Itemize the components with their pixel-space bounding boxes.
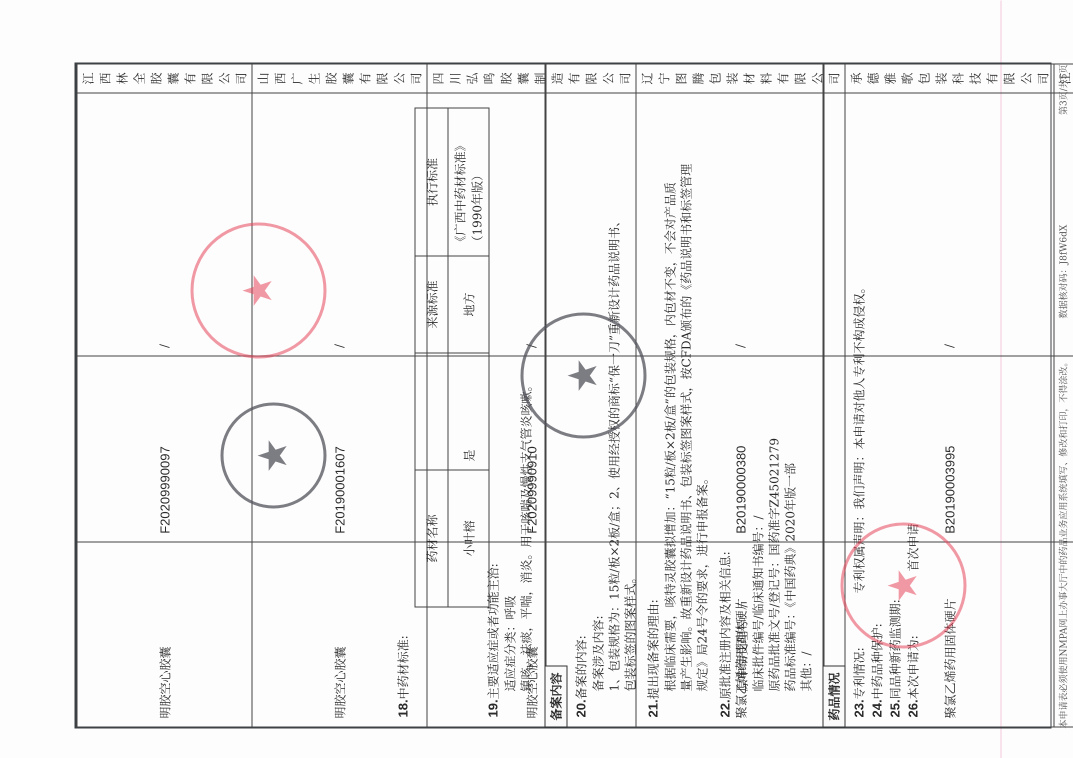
reason-line: 根据临床需要，咳特灵胶囊拟增加：“15粒/板×2板/盒”的包装规格，内包材不变，… xyxy=(662,182,678,691)
herb-cell: 是 xyxy=(448,353,489,470)
herb-standard-table: 药材名称 来源标准 执行标准 小叶榕 是 地方 《广西中药材标准》（1990年版… xyxy=(414,107,489,607)
pkg-extra: / xyxy=(845,93,1054,356)
herb-header-exec: 执行标准 xyxy=(415,108,448,256)
company-seal-red: ★ xyxy=(190,222,326,358)
orig-accept-no: 原申请受理号：/ xyxy=(734,603,750,691)
filing-item-1: 1、包装规格为：15粒/板×2板/盒；2、使用经授权的商标“保一刀”重新设计药品… xyxy=(606,214,622,691)
star-icon: ★ xyxy=(250,437,296,473)
herb-cell: 《广西中药材标准》（1990年版） xyxy=(448,108,489,256)
table-row: 明胶空心胶囊F20190001607/山西广生胶囊有限公司 xyxy=(252,64,427,727)
company-seal-red-bottom: ★ xyxy=(840,522,966,648)
indication-text: 镇咳，祛痰，平喘，消炎。用于咳喘及慢性支气管炎咳嗽。 xyxy=(518,379,534,691)
company-seal-gray-top: ★ xyxy=(220,402,326,508)
herb-cell: 地方 xyxy=(448,256,489,353)
document-page: 明胶空心胶囊F20209990097/江西林全胶囊有限公司明胶空心胶囊F2019… xyxy=(0,0,1073,758)
herb-cell: 小叶榕 xyxy=(448,470,489,607)
section-20-label: 20.备案的内容: xyxy=(572,635,589,717)
pkg-material-name: 明胶空心胶囊 xyxy=(77,542,252,727)
pkg-company: 承德雅歌包装科技有限公司 xyxy=(845,64,1054,93)
pkg-company: 江西林全胶囊有限公司 xyxy=(77,64,252,93)
star-icon: ★ xyxy=(560,357,606,393)
approval-number: 原药品批准文号/登记号：国药准字Z45021279 xyxy=(766,438,782,691)
pkg-company: 辽宁图腾包装材料有限公司 xyxy=(636,64,845,93)
pkg-company: 山西广生胶囊有限公司 xyxy=(252,64,427,93)
section-19-label: 19.主要适应症或者功能主治: xyxy=(484,563,501,717)
filing-content-box: 备案内容 xyxy=(544,665,567,727)
company-seal-gray-mid: ★ xyxy=(520,312,646,438)
indication-class: 适应症分类：呼吸 xyxy=(502,595,518,691)
herb-header-blank xyxy=(415,353,448,470)
section-21-label: 21.提出现备案的理由: xyxy=(644,599,661,717)
footer-notice: 本申请表必须使用NMPA网上办事大厅中的药品业务应用系统填写、修改和打印，不得涂… xyxy=(1056,357,1069,728)
divider xyxy=(822,63,824,727)
pkg-registration-code: B20190003995 xyxy=(845,356,1054,542)
filing-scope: 备案涉及内容: xyxy=(590,615,606,691)
other-info: 其他：/ xyxy=(798,651,814,691)
footer-page-number: 第3页/共5页 xyxy=(1056,64,1069,115)
clinical-approval-no: 临床批件编号/临床通知书编号：/ xyxy=(750,515,766,691)
section-18-label: 18.中药材标准: xyxy=(394,635,411,717)
reason-line: 规定》局24号令的要求，进行申报备案。 xyxy=(694,472,710,691)
table-row: 明胶空心胶囊F20209990097/江西林全胶囊有限公司 xyxy=(77,64,252,727)
standard-number: 药品标准编号：《中国药典》2020年版一部 xyxy=(782,462,798,691)
star-icon: ★ xyxy=(235,272,281,308)
pkg-company: 四川弘鸣胶囊制造有限公司 xyxy=(427,64,636,93)
footer-checksum: 数据核对码：J8fW6dX xyxy=(1056,224,1069,318)
herb-header-name: 药材名称 xyxy=(415,470,448,607)
drug-info-box: 药品情况 xyxy=(822,665,845,727)
section-22-label: 22.原批准注册内容及相关信息: xyxy=(716,551,733,717)
star-icon: ★ xyxy=(880,567,926,603)
reason-line: 量产生影响。故重新设计药品说明书、包装标签图案样式，按CFDA颁布的《药品说明书… xyxy=(678,163,694,691)
herb-header-source: 来源标准 xyxy=(415,256,448,353)
filing-item-2: 包装标签的图案样式。 xyxy=(622,571,638,691)
